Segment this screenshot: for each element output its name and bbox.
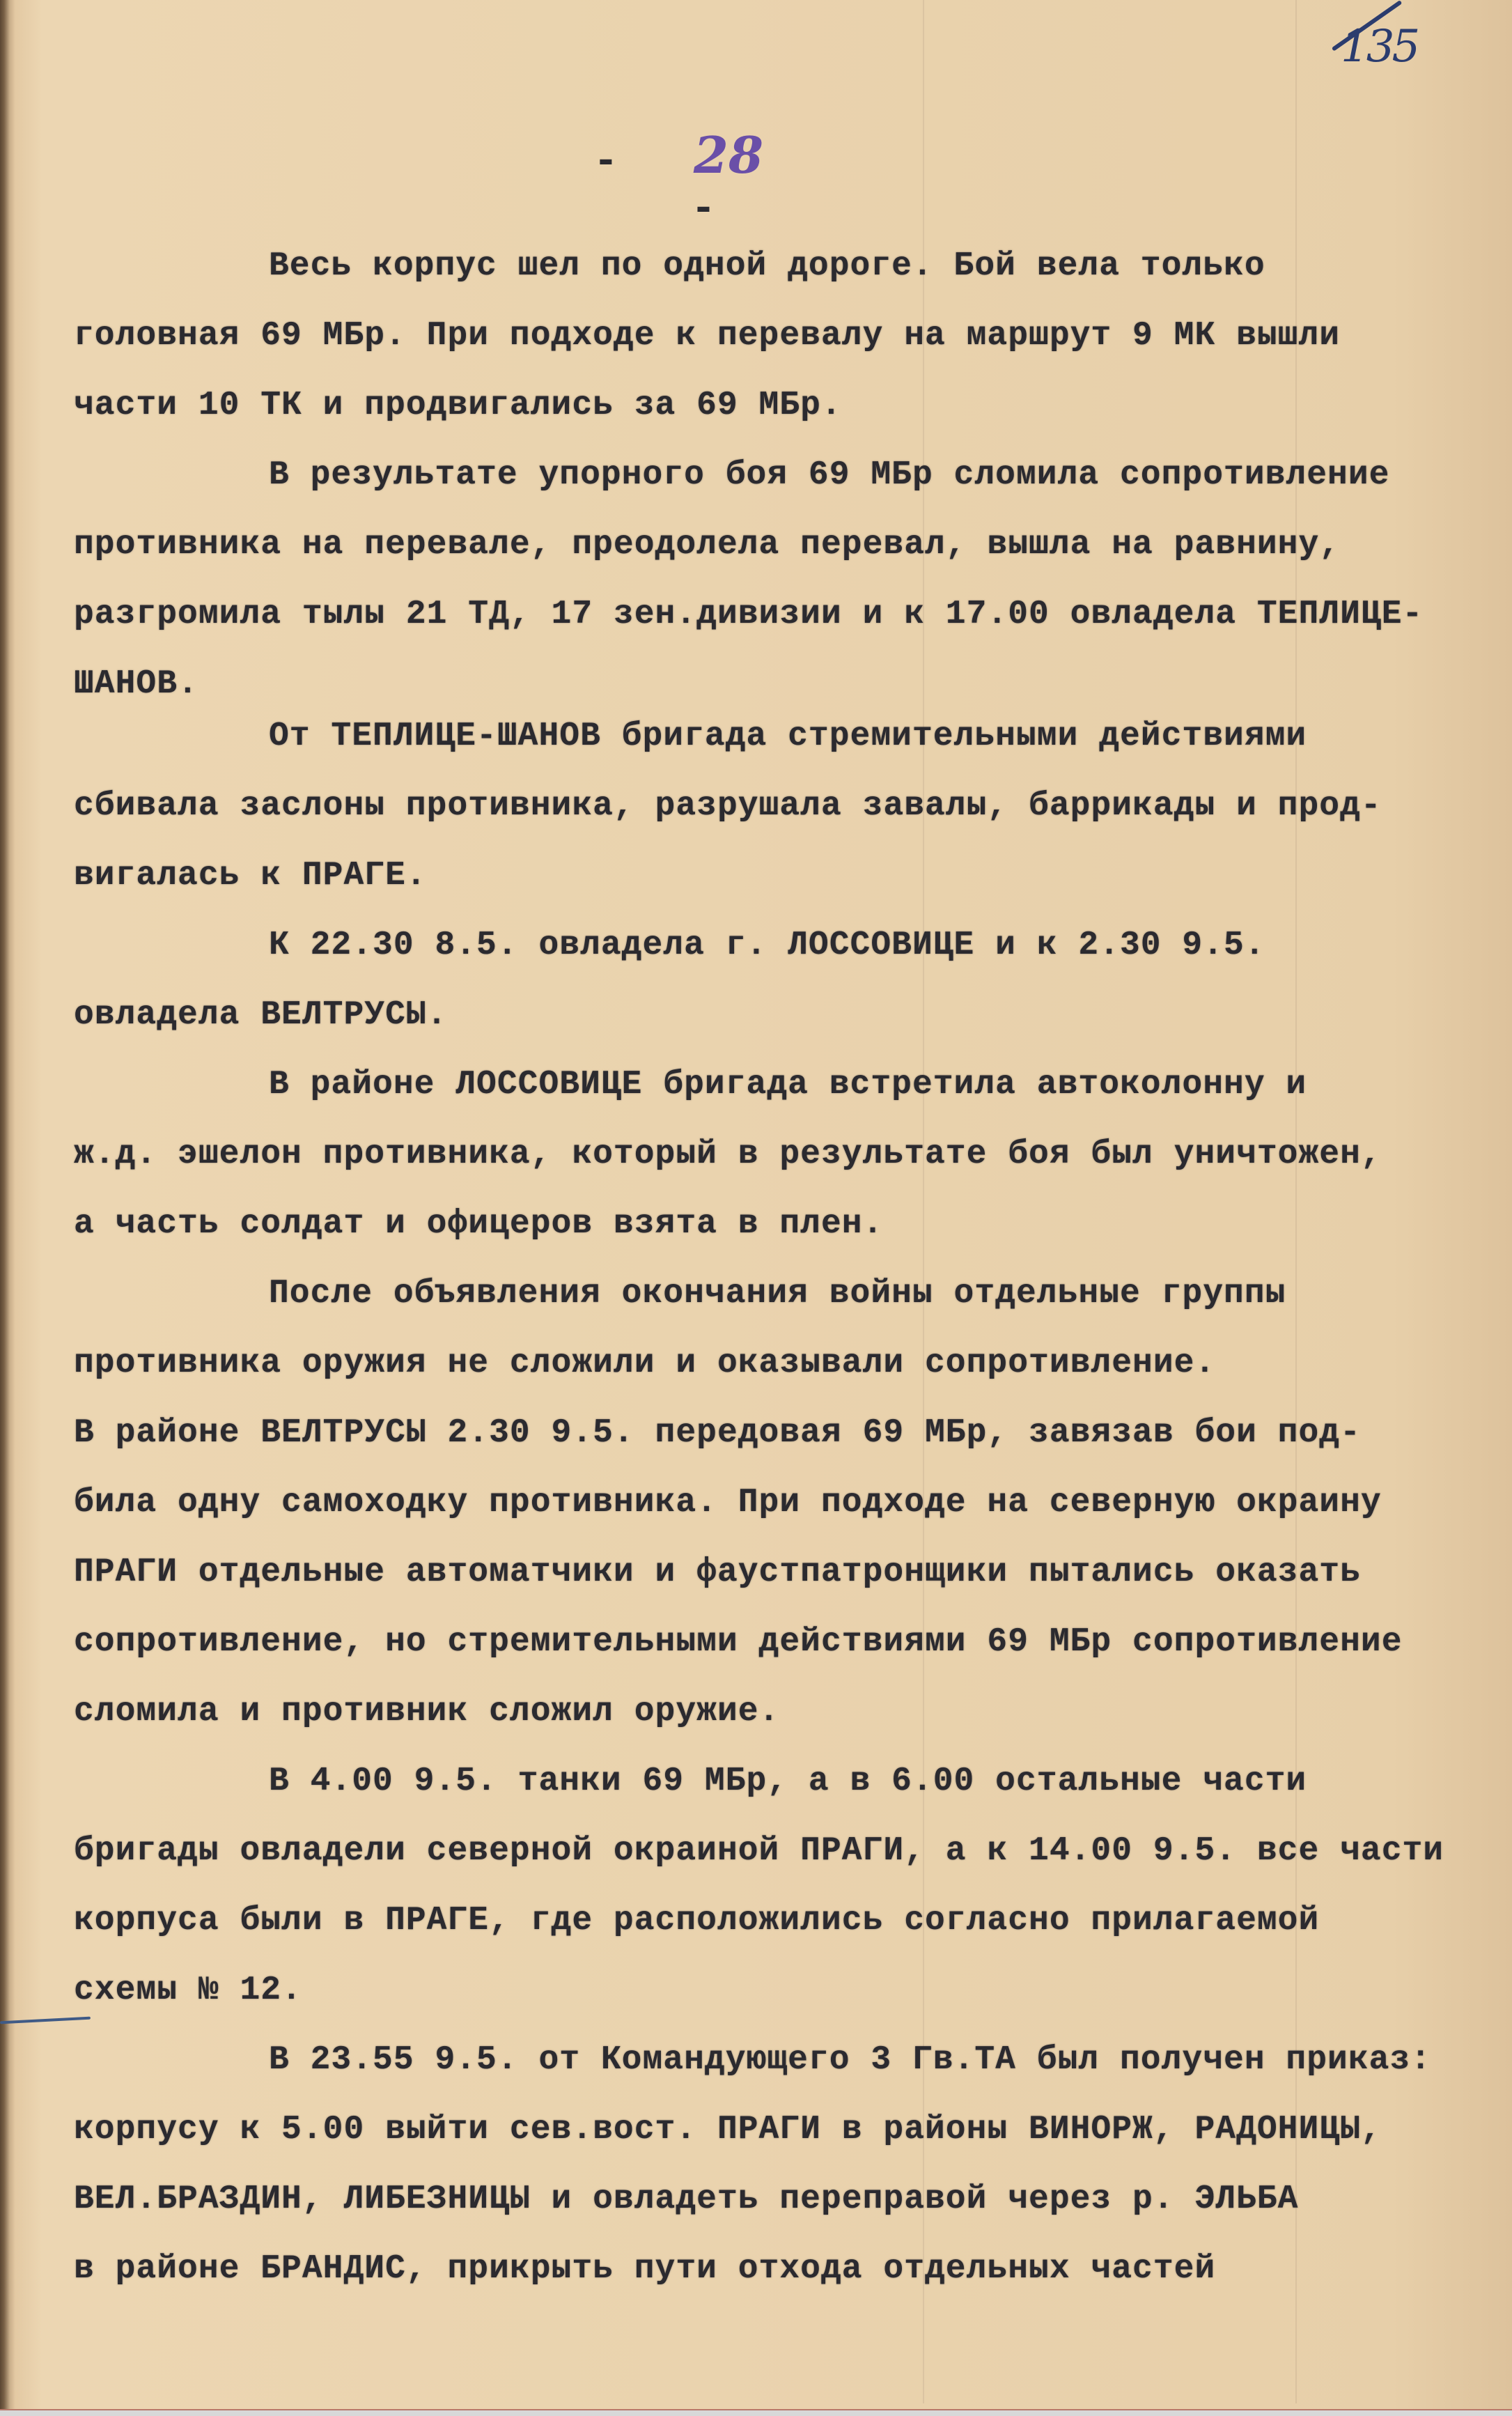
- dash-left: -: [593, 139, 618, 186]
- text-line: ВЕЛ.БРАЗДИН, ЛИБЕЗНИЦЫ и овладеть перепр…: [74, 2181, 1298, 2218]
- text-line: части 10 ТК и продвигались за 69 МБр.: [74, 387, 842, 424]
- text-line: овладела ВЕЛТРУСЫ.: [74, 996, 447, 1034]
- dash-right: -: [691, 186, 716, 233]
- page-number: - 28 -: [585, 125, 822, 233]
- text-line: Весь корпус шел по одной дороге. Бой вел…: [269, 247, 1265, 285]
- text-line: ШАНОВ.: [74, 665, 198, 703]
- pen-mark: [0, 2017, 91, 2024]
- text-line: В 23.55 9.5. от Командующего 3 Гв.ТА был…: [269, 2041, 1431, 2079]
- text-line: разгромила тылы 21 ТД, 17 зен.дивизии и …: [74, 596, 1423, 633]
- text-line: ПРАГИ отдельные автоматчики и фаустпатро…: [74, 1554, 1361, 1591]
- text-line: корпуса были в ПРАГЕ, где расположились …: [74, 1902, 1319, 1939]
- text-line: бригады овладели северной окраиной ПРАГИ…: [74, 1832, 1444, 1870]
- text-line: ж.д. эшелон противника, который в резуль…: [74, 1136, 1382, 1173]
- text-line: После объявления окончания войны отдельн…: [269, 1275, 1286, 1312]
- text-line: сломила и противник сложил оружие.: [74, 1693, 779, 1730]
- text-line: сопротивление, но стремительными действи…: [74, 1623, 1403, 1661]
- text-line: схемы № 12.: [74, 1972, 302, 2009]
- text-line: била одну самоходку противника. При подх…: [74, 1484, 1382, 1521]
- text-line: В результате упорного боя 69 МБр сломила…: [269, 456, 1389, 494]
- text-line: корпусу к 5.00 выйти сев.вост. ПРАГИ в р…: [74, 2111, 1382, 2148]
- page-number-value: 28: [694, 125, 763, 185]
- document-page: 135 - 28 - Весь корпус шел по одной доро…: [0, 0, 1512, 2416]
- archive-folio-number: 135: [1341, 21, 1417, 72]
- text-line: В районе ЛОССОВИЦЕ бригада встретила авт…: [269, 1066, 1307, 1104]
- page-bottom-edge: [0, 2409, 1512, 2416]
- text-line: К 22.30 8.5. овладела г. ЛОССОВИЦЕ и к 2…: [269, 927, 1265, 964]
- text-line: В районе ВЕЛТРУСЫ 2.30 9.5. передовая 69…: [74, 1414, 1361, 1452]
- text-line: в районе БРАНДИС, прикрыть пути отхода о…: [74, 2250, 1215, 2288]
- text-line: От ТЕПЛИЦЕ-ШАНОВ бригада стремительными …: [269, 718, 1307, 755]
- text-line: противника оружия не сложили и оказывали…: [74, 1345, 1215, 1382]
- text-line: В 4.00 9.5. танки 69 МБр, а в 6.00 остал…: [269, 1763, 1307, 1800]
- text-line: вигалась к ПРАГЕ.: [74, 857, 427, 895]
- text-line: сбивала заслоны противника, разрушала за…: [74, 787, 1382, 825]
- text-line: противника на перевале, преодолела перев…: [74, 526, 1340, 564]
- text-line: головная 69 МБр. При подходе к перевалу …: [74, 317, 1340, 355]
- text-line: а часть солдат и офицеров взята в плен.: [74, 1205, 883, 1243]
